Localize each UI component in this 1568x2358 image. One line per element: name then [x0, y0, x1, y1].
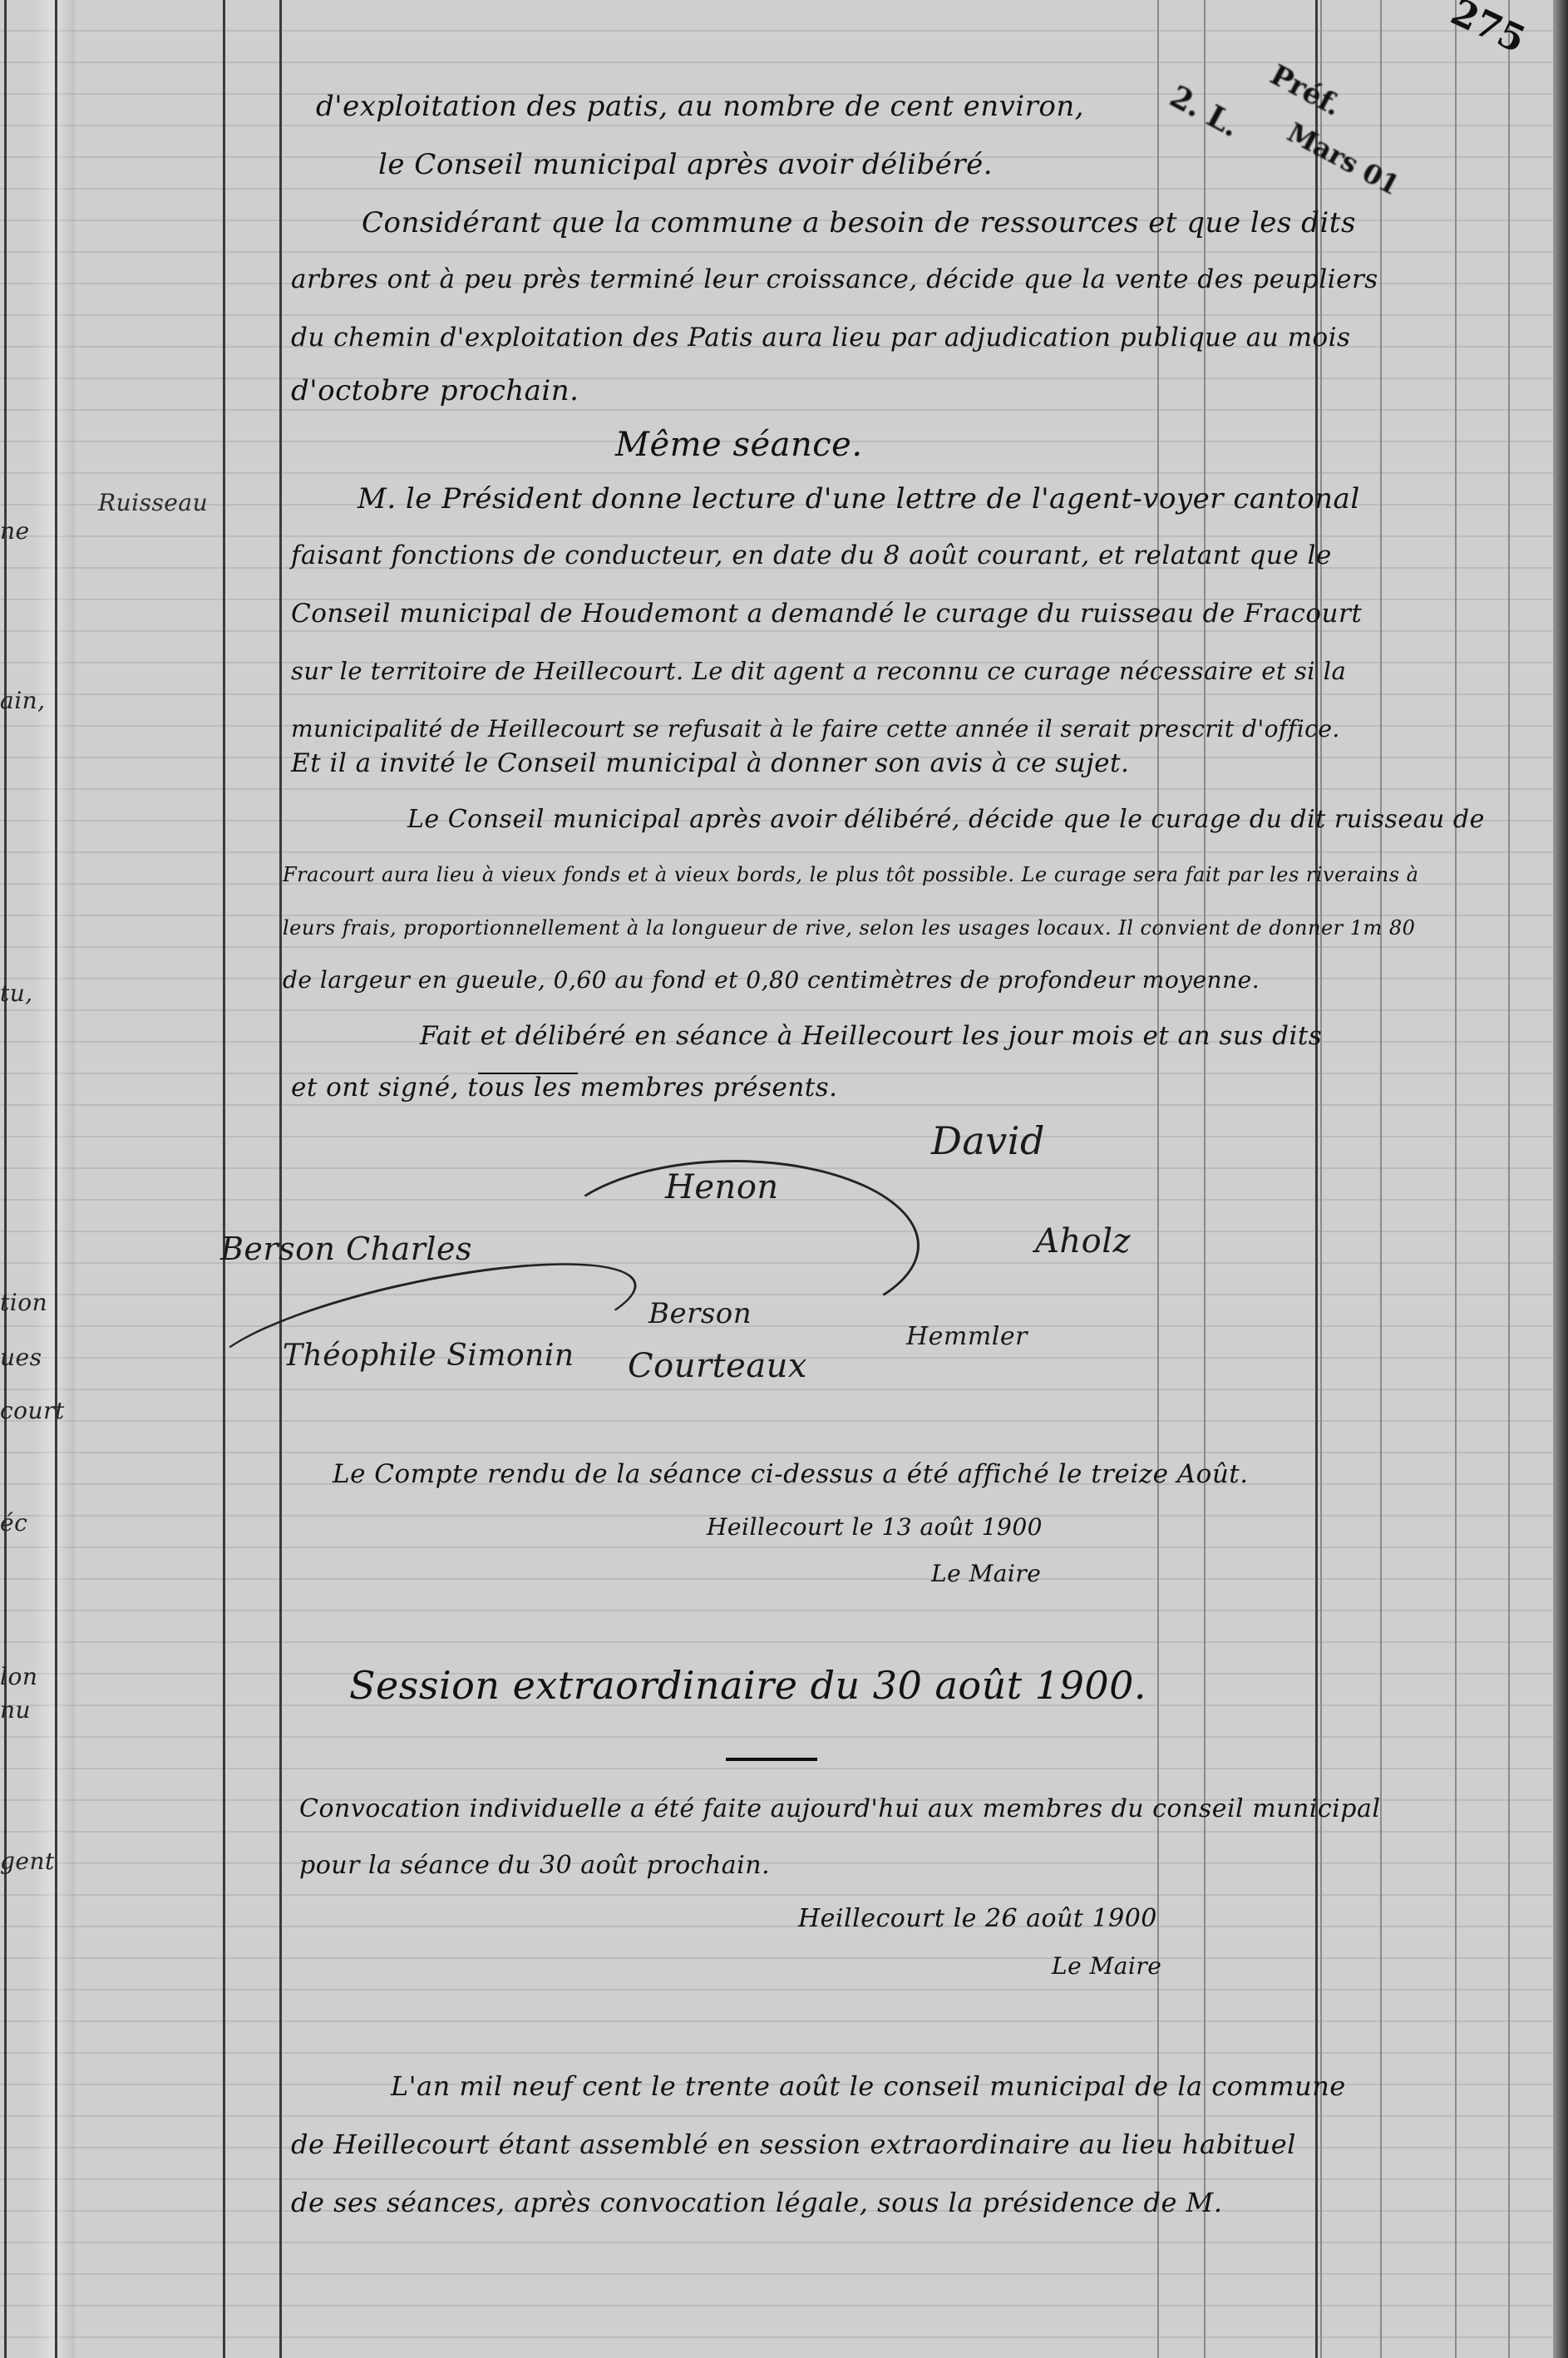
signature: Henon [665, 1168, 779, 1206]
ruling-line [1157, 0, 1159, 2358]
left-page-fragment: gent [0, 1847, 55, 1875]
left-page-fragment: éc [0, 1509, 27, 1537]
text-line: et ont signé, tous les membres présents. [291, 1073, 838, 1103]
text-line: de Heillecourt étant assemblé en session… [291, 2129, 1296, 2160]
text-line: Le Conseil municipal après avoir délibér… [407, 805, 1485, 834]
underline [478, 1073, 578, 1074]
signature: Aholz [1035, 1222, 1131, 1260]
ruling-line [55, 0, 57, 2358]
corner-stamp-line: Mars 01 [1282, 116, 1404, 201]
text-line: L'an mil neuf cent le trente août le con… [391, 2070, 1346, 2102]
ruling-line [223, 0, 225, 2358]
ruling-line [1455, 0, 1457, 2358]
signature: Berson Charles [220, 1231, 472, 1267]
text-line: d'exploitation des patis, au nombre de c… [316, 90, 1084, 123]
text-line: Considérant que la commune a besoin de r… [362, 206, 1356, 239]
text-line: sur le territoire de Heillecourt. Le dit… [291, 657, 1346, 685]
text-line: leurs frais, proportionnellement à la lo… [283, 916, 1415, 940]
ruling-line [1320, 0, 1322, 2358]
text-line: de largeur en gueule, 0,60 au fond et 0,… [283, 966, 1260, 994]
ruling-line [4, 0, 7, 2358]
page-fold-shadow [33, 0, 75, 2358]
place-date: Heillecourt le 26 août 1900 [798, 1904, 1157, 1933]
text-line: pour la séance du 30 août prochain. [299, 1851, 770, 1880]
signature: Théophile Simonin [283, 1339, 574, 1373]
text-line: M. le Président donne lecture d'une lett… [357, 482, 1360, 516]
corner-stamp-line: Préf. [1265, 58, 1347, 123]
signer: Le Maire [931, 1560, 1041, 1587]
text-line: faisant fonctions de conducteur, en date… [291, 540, 1332, 570]
left-page-fragment: ues [0, 1344, 42, 1371]
separator-rule [726, 1758, 817, 1761]
ruling-line [1204, 0, 1206, 2358]
margin-note: Ruisseau [98, 489, 208, 516]
ruling-line [1380, 0, 1382, 2358]
text-line: d'octobre prochain. [291, 374, 579, 407]
section-title: Même séance. [615, 426, 863, 464]
left-page-fragment: nu [0, 1696, 31, 1724]
text-line: Et il a invité le Conseil municipal à do… [291, 748, 1129, 778]
text-line: arbres ont à peu près terminé leur crois… [291, 264, 1378, 294]
signature: Courteaux [628, 1347, 807, 1385]
text-line: du chemin d'exploitation des Patis aura … [291, 323, 1350, 353]
posting-notice: Le Compte rendu de la séance ci-dessus a… [333, 1459, 1249, 1489]
text-line: Convocation individuelle a été faite auj… [299, 1794, 1380, 1823]
signature: Berson [648, 1297, 752, 1330]
left-page-fragment: ain, [0, 687, 46, 714]
left-page-fragment: tion [0, 1289, 47, 1316]
left-page-fragment: court [0, 1397, 65, 1424]
ruling-line [279, 0, 282, 2358]
signature: Hemmler [906, 1322, 1028, 1351]
left-page-fragment: lon [0, 1663, 37, 1690]
left-page-fragment: ne [0, 517, 30, 545]
text-line: Conseil municipal de Houdemont a demandé… [291, 599, 1362, 629]
text-line: de ses séances, après convocation légale… [291, 2187, 1222, 2218]
ruling-line [1508, 0, 1510, 2358]
signer: Le Maire [1052, 1952, 1161, 1980]
place-date: Heillecourt le 13 août 1900 [707, 1513, 1043, 1541]
text-line: Fait et délibéré en séance à Heillecourt… [420, 1021, 1322, 1051]
left-page-fragment: tu, [0, 979, 33, 1007]
register-page: 275 Préf. 2. L. Mars 01 Ruisseau ne ain,… [0, 0, 1568, 2358]
text-line: le Conseil municipal après avoir délibér… [378, 148, 993, 181]
ruling-line [1315, 0, 1318, 2358]
text-line: Fracourt aura lieu à vieux fonds et à vi… [283, 863, 1418, 886]
page-number: 275 [1445, 0, 1532, 62]
section-title: Session extraordinaire du 30 août 1900. [349, 1663, 1146, 1708]
text-line: municipalité de Heillecourt se refusait … [291, 715, 1340, 742]
page-edge [1553, 0, 1568, 2358]
signature: David [931, 1118, 1045, 1163]
